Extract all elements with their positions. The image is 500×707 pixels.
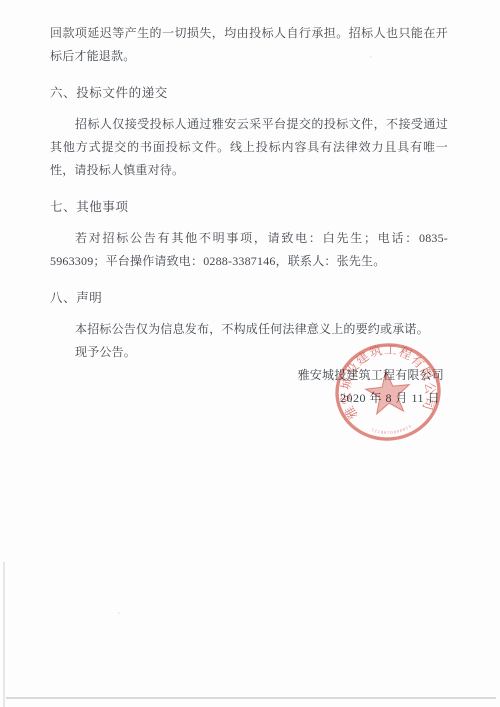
section-heading-statement: 八、声明 (50, 287, 448, 310)
scanned-document-page: 回款项延迟等产生的一切损失，均由投标人自行承担。招标人也只能在开标后才能退款。 … (0, 0, 500, 707)
closing-announcement-line: 现予公告。 (50, 341, 448, 364)
svg-text:5118070000953: 5118070000953 (371, 423, 414, 437)
section-heading-submission: 六、投标文件的递交 (50, 82, 448, 105)
section-other-matters-paragraph: 若对招标公告有其他不明事项，请致电：白先生；电话：0835-5963309；平台… (50, 227, 448, 273)
company-name: 雅安城投建筑工程有限公司 (50, 364, 448, 387)
scan-edge-bottom (6, 697, 496, 699)
signature-date: 2020 年 8 月 11 日 (50, 387, 448, 410)
section-statement-paragraph: 本招标公告仅为信息发布，不构成任何法律意义上的要约或承诺。 (50, 318, 448, 341)
signature-block: 雅安城投建筑工程有限公司 2020 年 8 月 11 日 (50, 364, 448, 410)
seal-serial-number: 5118070000953 (371, 423, 414, 437)
document-body: 回款项延迟等产生的一切损失，均由投标人自行承担。招标人也只能在开标后才能退款。 … (50, 22, 448, 410)
section-submission-paragraph: 招标人仅接受投标人通过雅安云采平台提交的投标文件，不接受通过其他方式提交的书面投… (50, 113, 448, 182)
scan-speck (118, 612, 120, 614)
section-heading-other-matters: 七、其他事项 (50, 196, 448, 219)
scan-speck (370, 56, 372, 58)
scan-edge-left (3, 562, 5, 707)
intro-paragraph: 回款项延迟等产生的一切损失，均由投标人自行承担。招标人也只能在开标后才能退款。 (50, 22, 448, 68)
